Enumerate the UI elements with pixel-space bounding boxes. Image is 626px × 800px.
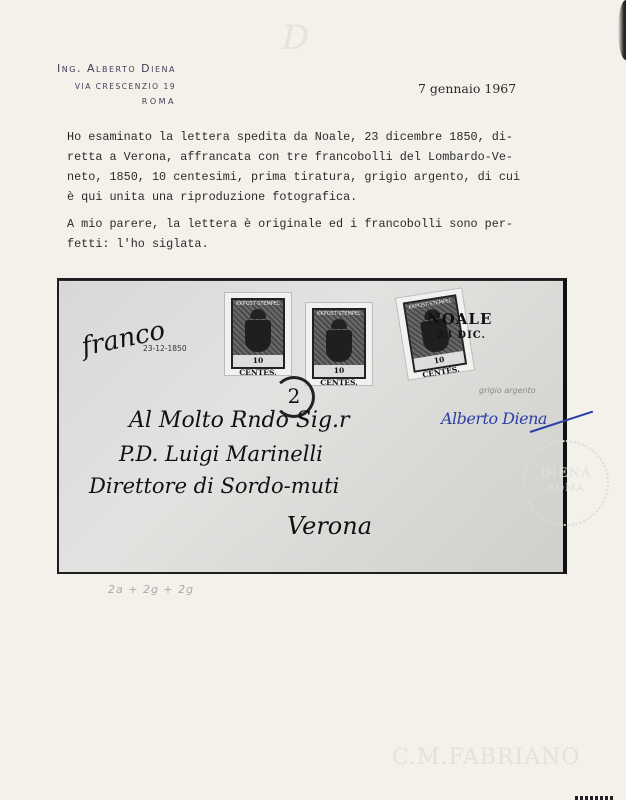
letterhead-name: Ing. Alberto Diena xyxy=(0,62,176,75)
corner-mark xyxy=(575,796,615,800)
eagle-crest-icon xyxy=(326,330,352,362)
address-line: P.D. Luigi Marinelli xyxy=(119,442,323,466)
letter-date: 7 gennaio 1967 xyxy=(418,81,516,96)
letterhead-street: VIA CRESCENZIO 19 xyxy=(0,82,176,91)
paragraph-1: Ho esaminato la lettera spedita da Noale… xyxy=(67,127,626,207)
body-line: è qui unita una riproduzione fotografica… xyxy=(67,187,626,207)
paragraph-2: A mio parere, la lettera è originale ed … xyxy=(67,214,626,254)
stamp-value: 10 CENTES. xyxy=(414,351,465,371)
stamp-label: KKPOST-STEMPEL xyxy=(233,301,283,307)
body-line: Ho esaminato la lettera spedita da Noale… xyxy=(67,127,626,147)
seal-line-1: DIENA xyxy=(525,466,607,481)
address-line: Direttore di Sordo-muti xyxy=(89,474,339,498)
seal-line-2: ROMA xyxy=(525,483,607,494)
body-line: A mio parere, la lettera è originale ed … xyxy=(67,214,626,234)
body-line: fetti: l'ho siglata. xyxy=(67,234,626,254)
embossed-seal: DIENA ROMA xyxy=(523,440,609,526)
postmark-town: NOALE xyxy=(427,310,492,328)
body-line: retta a Verona, affrancata con tre franc… xyxy=(67,147,626,167)
certificate-body: Ho esaminato la lettera spedita da Noale… xyxy=(67,127,626,261)
crown-icon xyxy=(250,309,266,319)
handwritten-date: 23-12-1850 xyxy=(143,344,187,353)
letterhead: Ing. Alberto Diena VIA CRESCENZIO 19 ROM… xyxy=(0,62,176,106)
stamp-1: KKPOST-STEMPEL 10 CENTES. xyxy=(224,292,292,376)
pencil-note-grigio-argento: grigio argento xyxy=(479,386,536,395)
page-edge-shadow xyxy=(618,0,626,60)
address-line: Al Molto Rndo Sig.r xyxy=(129,408,350,433)
postmark-date: 23 DIC. xyxy=(437,330,486,341)
letterhead-city: ROMA xyxy=(0,97,176,106)
crown-icon xyxy=(331,319,347,329)
paper-watermark: C.M.FABRIANO xyxy=(392,745,580,770)
stamp-value: 10 CENTES. xyxy=(233,355,283,367)
eagle-crest-icon xyxy=(245,320,271,352)
letterhead-monogram: D xyxy=(282,18,309,58)
expert-signature: Alberto Diena xyxy=(441,409,547,428)
pencil-reference: 2a + 2g + 2g xyxy=(108,583,194,596)
stamp-label: KKPOST-STEMPEL xyxy=(314,311,364,317)
body-line: neto, 1850, 10 centesimi, prima tiratura… xyxy=(67,167,626,187)
franking-note: franco xyxy=(79,316,168,363)
photo-border xyxy=(59,278,563,281)
address-line: Verona xyxy=(287,512,372,540)
stamp-2: KKPOST-STEMPEL 10 CENTES. xyxy=(305,302,373,386)
stamp-value: 10 CENTES. xyxy=(314,365,364,377)
